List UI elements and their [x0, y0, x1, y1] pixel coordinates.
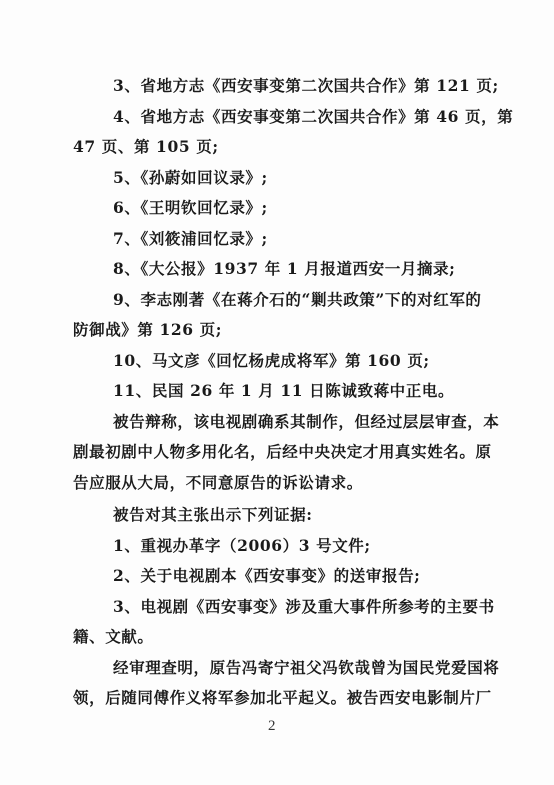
text-line: 47 页、第 105 页;: [73, 137, 493, 157]
text-line: 3、省地方志《西安事变第二次国共合作》第 121 页;: [113, 76, 533, 96]
text-line: 籍、文献。: [73, 627, 493, 647]
text-line: 被告对其主张出示下列证据:: [113, 505, 533, 525]
text-line: 3、电视剧《西安事变》涉及重大事件所参考的主要书: [113, 597, 533, 617]
document-page: 3、省地方志《西安事变第二次国共合作》第 121 页; 4、省地方志《西安事变第…: [0, 0, 554, 785]
text-line: 2、关于电视剧本《西安事变》的送审报告;: [113, 566, 533, 586]
text-line: 经审理查明，原告冯寄宁祖父冯钦哉曾为国民党爱国将: [113, 658, 533, 678]
text-line: 9、李志刚著《在蒋介石的“剿共政策”下的对红军的: [113, 290, 533, 310]
page-number: 2: [268, 718, 276, 735]
text-line: 剧最初剧中人物多用化名，后经中央决定才用真实姓名。原: [73, 442, 493, 462]
text-line: 告应服从大局，不同意原告的诉讼请求。: [73, 473, 493, 493]
text-line: 4、省地方志《西安事变第二次国共合作》第 46 页，第: [113, 107, 533, 127]
text-line: 5、《孙蔚如回议录》;: [113, 168, 533, 188]
text-line: 10、马文彦《回忆杨虎成将军》第 160 页;: [113, 351, 533, 371]
text-line: 1、重视办革字（2006）3 号文件;: [113, 536, 533, 556]
text-line: 被告辩称，该电视剧确系其制作，但经过层层审查，本: [113, 412, 533, 432]
text-line: 8、《大公报》1937 年 1 月报道西安一月摘录;: [113, 259, 533, 279]
text-line: 7、《刘筱浦回忆录》;: [113, 229, 533, 249]
text-line: 11、民国 26 年 1 月 11 日陈诚致蒋中正电。: [113, 381, 533, 401]
text-line: 6、《王明钦回忆录》;: [113, 198, 533, 218]
text-line: 领，后随同傅作义将军参加北平起义。被告西安电影制片厂: [73, 688, 493, 708]
text-line: 防御战》第 126 页;: [73, 320, 493, 340]
